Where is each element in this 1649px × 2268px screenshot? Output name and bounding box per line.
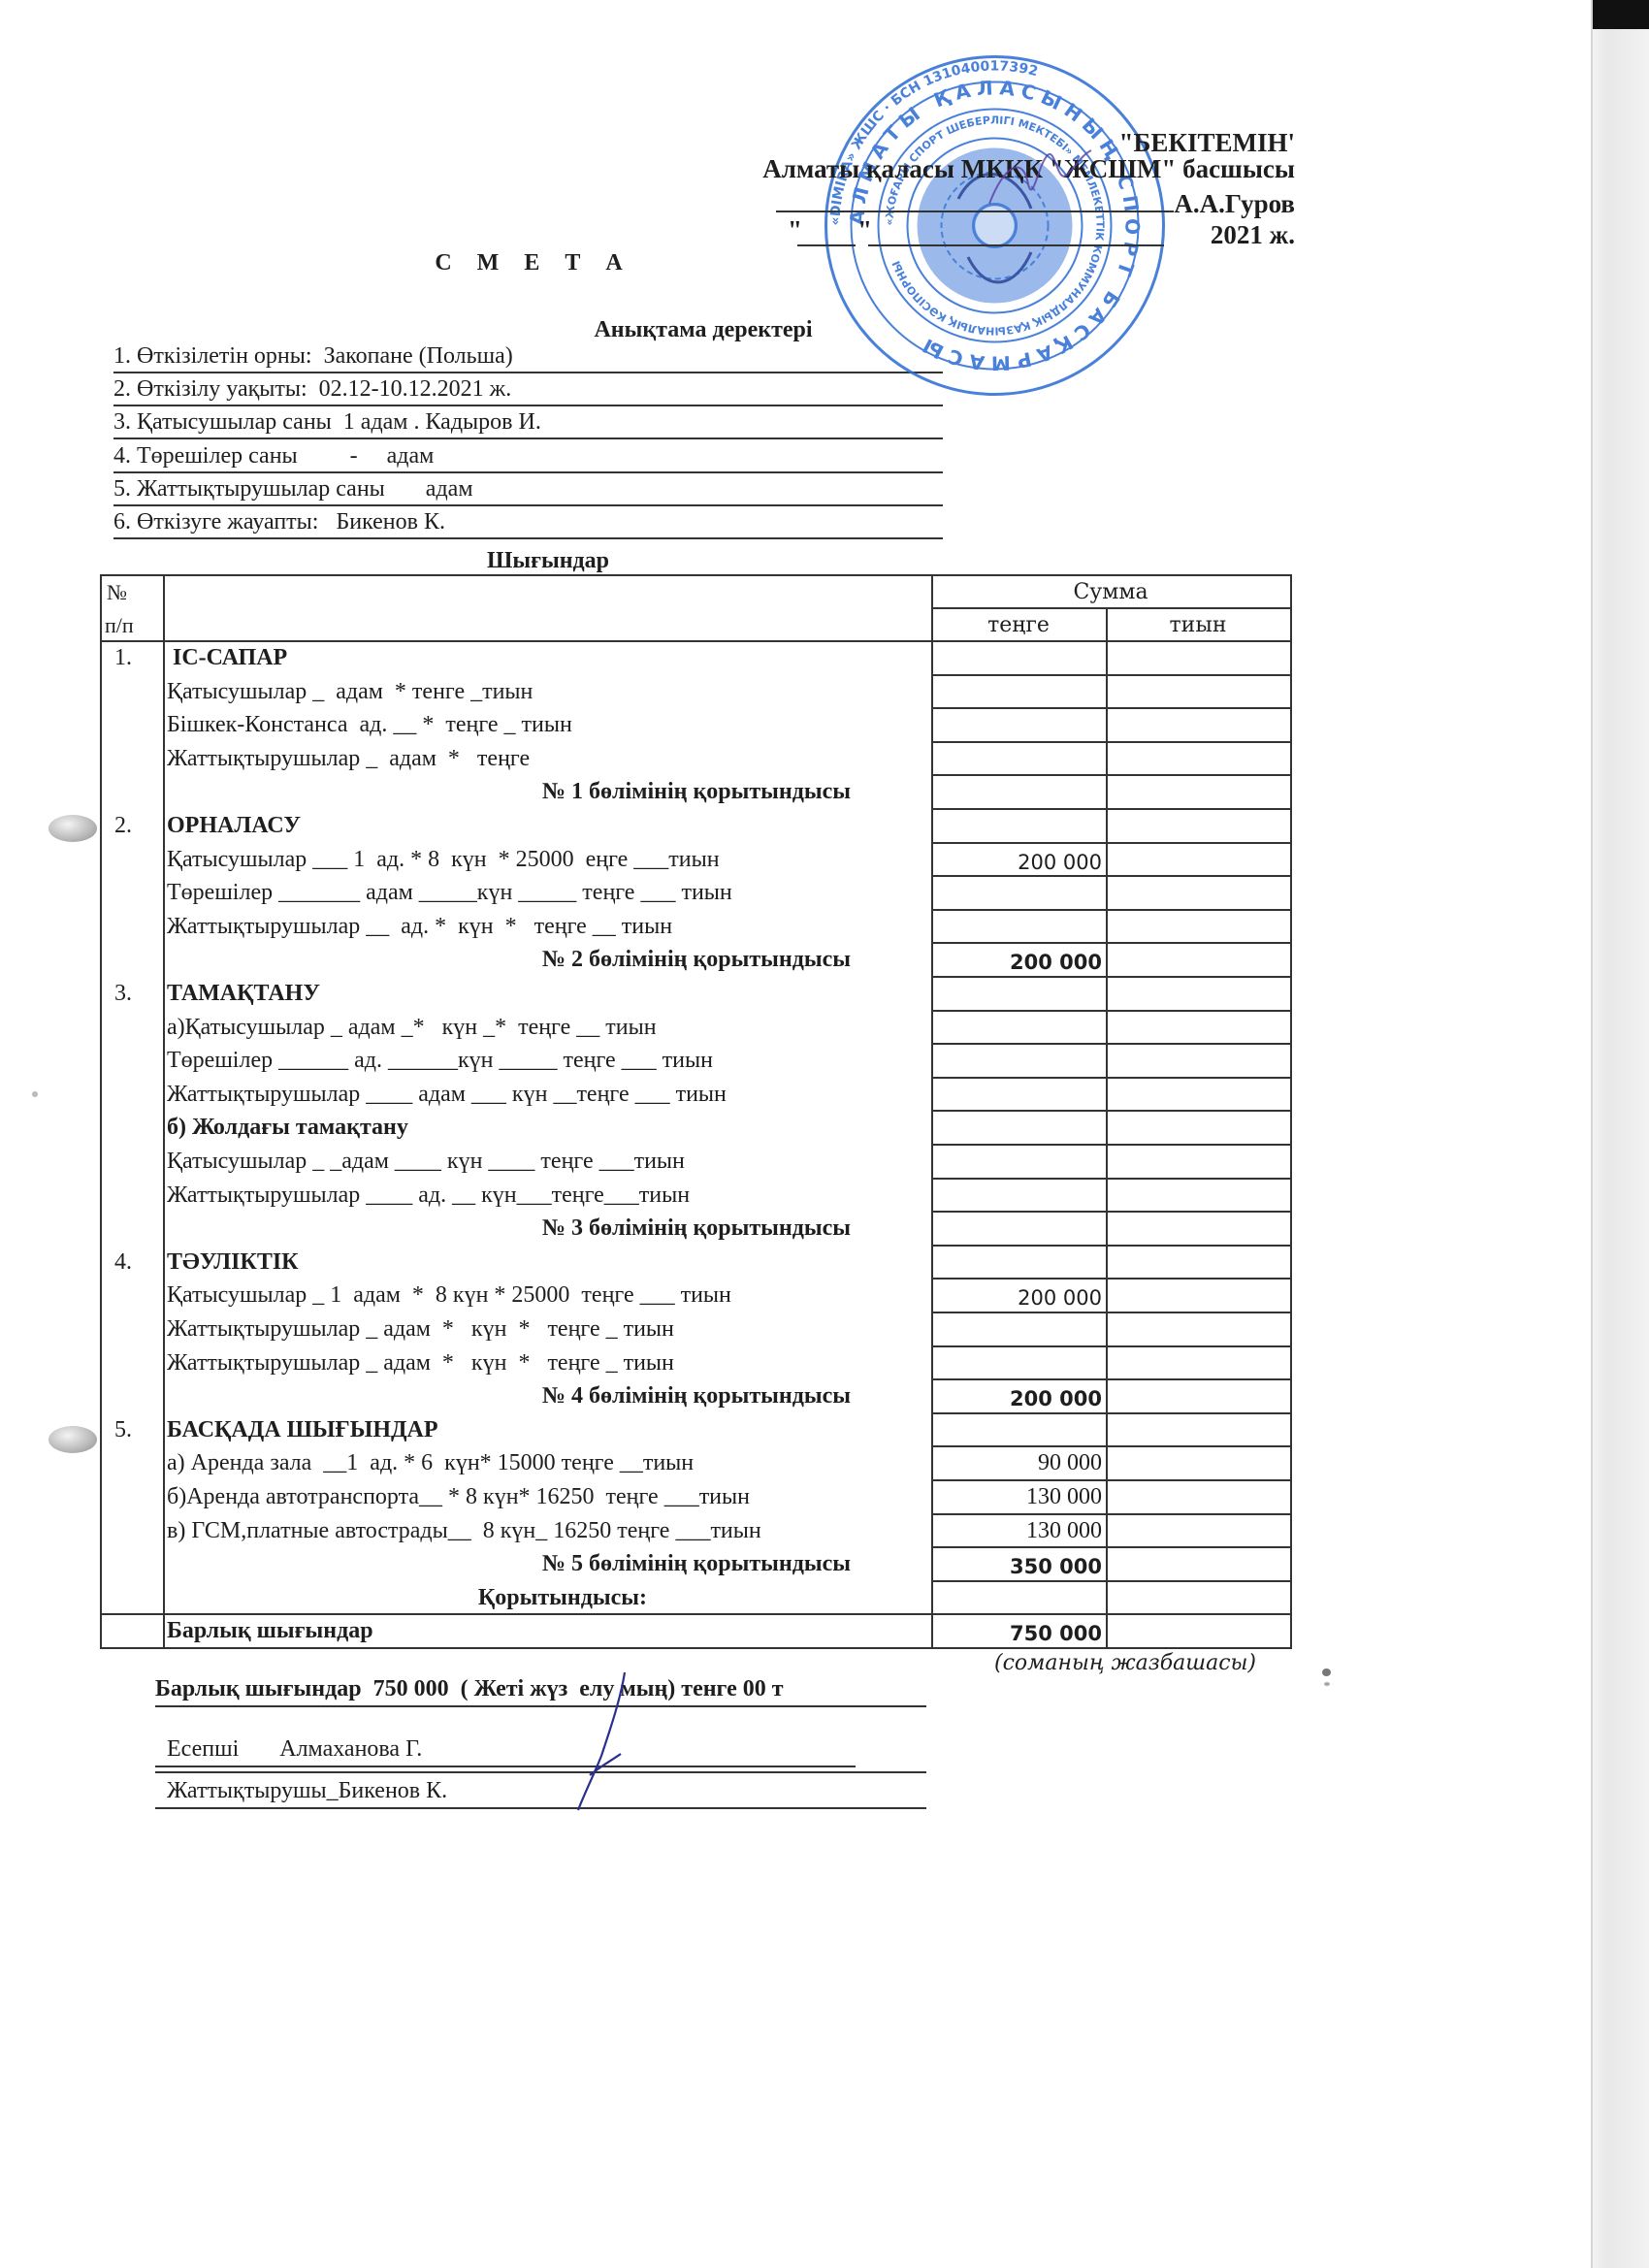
row-description: Қатысушылар _ _адам ____ күн ____ теңге …	[167, 1145, 923, 1178]
row-description: ІС-САПАР	[167, 641, 923, 674]
row-description: Жаттықтырушылар _ адам * күн * теңге _ т…	[167, 1312, 923, 1345]
row-description: № 1 бөлімінің қорытындысы	[167, 775, 851, 808]
approval-signer: А.А.Гуров	[1174, 189, 1295, 218]
amount-in-words-caption: (соманың жазбашасы)	[970, 1651, 1280, 1675]
info-row: 6. Өткізуге жауапты: Бикенов К.	[113, 507, 943, 539]
row-amount-tiyn	[1110, 1246, 1286, 1279]
row-amount-tenge	[933, 879, 1102, 912]
row-amount-tiyn	[1110, 1044, 1286, 1077]
row-amount-tenge: 200 000	[933, 1281, 1102, 1314]
row-number: 1.	[114, 641, 158, 674]
tiyn-header: тиын	[1106, 609, 1290, 642]
row-number	[114, 1312, 158, 1345]
row-description: Жаттықтырушылар ____ адам ___ күн __теңг…	[167, 1078, 923, 1111]
row-amount-tenge	[933, 778, 1102, 811]
row-amount-tenge	[933, 980, 1102, 1013]
row-amount-tenge	[933, 1315, 1102, 1348]
row-amount-tenge: 350 000	[933, 1550, 1102, 1583]
approval-year: 2021 ж.	[1211, 220, 1295, 249]
row-description: ОРНАЛАСУ	[167, 809, 923, 842]
row-number	[114, 1379, 158, 1412]
speck	[32, 1091, 38, 1097]
row-amount-tenge	[933, 1148, 1102, 1181]
scan-edge	[1591, 0, 1649, 2268]
row-number	[114, 910, 158, 943]
row-number: 5.	[114, 1413, 158, 1446]
coach-line: Жаттықтырушы_Бикенов К.	[155, 1775, 926, 1809]
row-number	[114, 1212, 158, 1245]
accountant-underline	[155, 1771, 926, 1773]
row-amount-tiyn	[1110, 910, 1286, 943]
row-amount-tenge	[933, 913, 1102, 946]
row-amount-tiyn	[1110, 1514, 1286, 1547]
row-description: а)Қатысушылар _ адам _* күн _* теңге __ …	[167, 1011, 923, 1044]
date-close-quote: "	[857, 215, 872, 245]
row-amount-tiyn	[1110, 1581, 1286, 1614]
date-open-quote: "	[788, 215, 802, 245]
row-number: 3.	[114, 977, 158, 1010]
row-number	[114, 1547, 158, 1580]
row-amount-tenge	[933, 1081, 1102, 1114]
signature-icon	[543, 1669, 660, 1814]
row-amount-tiyn	[1110, 1145, 1286, 1178]
num-header: №	[107, 576, 127, 609]
row-number	[114, 1078, 158, 1111]
info-row: 3. Қатысушылар саны 1 адам . Кадыров И.	[113, 407, 943, 439]
row-description: ТӘУЛІКТІК	[167, 1246, 923, 1279]
sum-header: Сумма	[931, 576, 1290, 609]
grid-line	[100, 574, 102, 1649]
row-amount-tenge	[933, 745, 1102, 778]
reference-data-title: Анықтама деректері	[0, 317, 1406, 343]
row-description: № 4 бөлімінің қорытындысы	[167, 1379, 851, 1412]
info-row: 4. Төрешілер саны - адам	[113, 441, 943, 473]
row-description: Бішкек-Констанса ад. __ * теңге _ тиын	[167, 708, 923, 741]
speck	[1324, 1682, 1330, 1686]
row-amount-tiyn	[1110, 1212, 1286, 1245]
row-amount-tenge	[933, 1047, 1102, 1080]
row-amount-tenge: 200 000	[933, 1382, 1102, 1415]
row-number	[114, 1514, 158, 1547]
row-description: б) Жолдағы тамақтану	[167, 1111, 923, 1144]
grid-line	[1106, 607, 1108, 1649]
row-description: № 2 бөлімінің қорытындысы	[167, 943, 851, 976]
row-number	[114, 876, 158, 909]
row-number	[114, 1279, 158, 1312]
row-amount-tiyn	[1110, 708, 1286, 741]
row-amount-tenge	[933, 1114, 1102, 1147]
row-amount-tenge: 750 000	[933, 1617, 1102, 1650]
row-amount-tiyn	[1110, 1111, 1286, 1144]
day-blank	[797, 244, 856, 246]
row-amount-tiyn	[1110, 1480, 1286, 1513]
row-number: 2.	[114, 809, 158, 842]
row-number	[114, 843, 158, 876]
grid-line	[1290, 574, 1292, 1649]
info-row: 5. Жаттықтырушылар саны адам	[113, 474, 943, 506]
row-amount-tiyn	[1110, 809, 1286, 842]
row-amount-tenge	[933, 1416, 1102, 1449]
row-number	[114, 775, 158, 808]
grid-line	[163, 574, 165, 1649]
row-description: ТАМАҚТАНУ	[167, 977, 923, 1010]
row-amount-tiyn	[1110, 775, 1286, 808]
row-amount-tiyn	[1110, 876, 1286, 909]
row-amount-tenge	[933, 1014, 1102, 1047]
row-description: Жаттықтырушылар _ адам * теңге	[167, 742, 923, 775]
row-amount-tenge	[933, 1182, 1102, 1215]
row-amount-tenge: 200 000	[933, 846, 1102, 879]
row-amount-tiyn	[1110, 1011, 1286, 1044]
row-number	[114, 1614, 158, 1647]
official-stamp-icon: «DIMIRA» ЖШС · БСН 131040017392 АЛМАТЫ Қ…	[823, 53, 1167, 398]
row-number	[114, 1480, 158, 1513]
row-amount-tiyn	[1110, 1446, 1286, 1479]
row-amount-tenge	[933, 1215, 1102, 1247]
row-amount-tenge	[933, 1349, 1102, 1382]
row-description: № 3 бөлімінің қорытындысы	[167, 1212, 851, 1245]
row-number: 4.	[114, 1246, 158, 1279]
row-amount-tiyn	[1110, 1346, 1286, 1379]
month-blank	[868, 244, 1164, 246]
row-description: а) Аренда зала __1 ад. * 6 күн* 15000 те…	[167, 1446, 923, 1479]
row-description: БАСҚАДА ШЫҒЫНДАР	[167, 1413, 923, 1446]
row-number	[114, 1581, 158, 1614]
row-description: в) ГСМ,платные автострады__ 8 күн_ 16250…	[167, 1514, 923, 1547]
num-header-sub: п/п	[105, 609, 134, 642]
row-description: Қатысушылар ___ 1 ад. * 8 күн * 25000 ең…	[167, 843, 923, 876]
row-amount-tiyn	[1110, 843, 1286, 876]
row-amount-tenge: 200 000	[933, 946, 1102, 979]
row-amount-tiyn	[1110, 1547, 1286, 1580]
accountant-line: Есепші Алмаханова Г.	[155, 1733, 856, 1767]
row-amount-tiyn	[1110, 977, 1286, 1010]
row-amount-tenge: 130 000	[933, 1514, 1102, 1547]
row-description: № 5 бөлімінің қорытындысы	[167, 1547, 851, 1580]
row-amount-tiyn	[1110, 1279, 1286, 1312]
row-description: Қатысушылар _ 1 адам * 8 күн * 25000 тең…	[167, 1279, 923, 1312]
row-description: Жаттықтырушылар ____ ад. __ күн___теңге_…	[167, 1179, 923, 1212]
row-number	[114, 1111, 158, 1144]
page-edge	[1591, 0, 1593, 2268]
row-amount-tenge	[933, 711, 1102, 744]
row-amount-tenge	[933, 1584, 1102, 1617]
row-amount-tenge	[933, 1248, 1102, 1281]
row-amount-tiyn	[1110, 943, 1286, 976]
row-amount-tenge	[933, 812, 1102, 845]
director-signature-icon	[980, 136, 1106, 223]
row-description: Барлық шығындар	[167, 1614, 923, 1647]
approval-heading: "БЕКІТЕМІН'	[1119, 128, 1295, 157]
punch-hole-icon	[48, 815, 97, 842]
row-amount-tiyn	[1110, 1413, 1286, 1446]
row-amount-tiyn	[1110, 641, 1286, 674]
row-amount-tiyn	[1110, 1179, 1286, 1212]
info-row: 2. Өткізілу уақыты: 02.12-10.12.2021 ж.	[113, 374, 943, 406]
row-amount-tiyn	[1110, 1078, 1286, 1111]
row-description: Жаттықтырушылар _ адам * күн * теңге _ т…	[167, 1346, 923, 1379]
row-amount-tiyn	[1110, 675, 1286, 708]
row-description: б)Аренда автотранспорта__ * 8 күн* 16250…	[167, 1480, 923, 1513]
row-amount-tiyn	[1110, 1312, 1286, 1345]
row-number	[114, 1044, 158, 1077]
row-amount-tiyn	[1110, 1614, 1286, 1647]
scan-edge-dark	[1591, 0, 1649, 29]
row-number	[114, 1011, 158, 1044]
row-amount-tenge	[933, 644, 1102, 677]
row-number	[114, 708, 158, 741]
total-in-words: Барлық шығындар 750 000 ( Жеті жүз елу м…	[155, 1673, 926, 1707]
row-number	[114, 943, 158, 976]
row-description: Қатысушылар _ адам * тенге _тиын	[167, 675, 923, 708]
row-number	[114, 742, 158, 775]
row-number	[114, 1145, 158, 1178]
punch-hole-icon	[48, 1426, 97, 1453]
row-number	[114, 675, 158, 708]
row-amount-tiyn	[1110, 1379, 1286, 1412]
row-description: Төрешілер _______ адам _____күн _____ те…	[167, 876, 923, 909]
expenses-title: Шығындар	[0, 548, 1096, 574]
info-row: 1. Өткізілетін орны: Закопане (Польша)	[113, 341, 943, 373]
row-description: Төрешілер ______ ад. ______күн _____ тең…	[167, 1044, 923, 1077]
row-number	[114, 1346, 158, 1379]
speck	[1322, 1669, 1331, 1676]
row-number	[114, 1179, 158, 1212]
tenge-header: теңге	[931, 609, 1106, 642]
row-description: Қорытындысы:	[167, 1581, 647, 1614]
row-amount-tenge: 90 000	[933, 1446, 1102, 1479]
row-amount-tenge	[933, 678, 1102, 711]
row-number	[114, 1446, 158, 1479]
row-amount-tenge: 130 000	[933, 1480, 1102, 1513]
row-description: Жаттықтырушылар __ ад. * күн * теңге __ …	[167, 910, 923, 943]
signature-line	[776, 211, 1174, 212]
row-amount-tiyn	[1110, 742, 1286, 775]
